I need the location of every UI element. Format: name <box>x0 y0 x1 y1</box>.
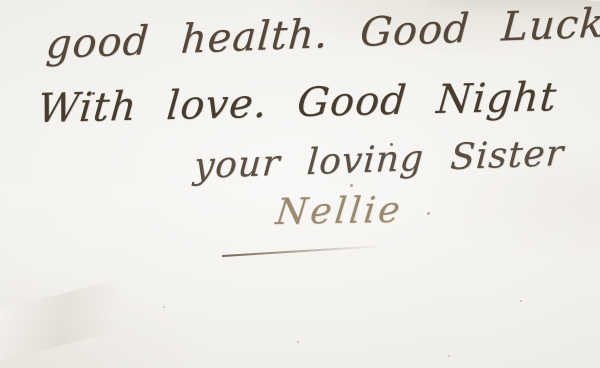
underline-flourish <box>222 245 382 257</box>
signature: Nellie <box>274 190 405 233</box>
handwriting-line-1: good health. Good Luck <box>44 0 600 68</box>
paper-crease-bottom-left <box>0 279 134 364</box>
paper-speck <box>448 355 450 357</box>
handwriting-line-2: With love. Good Night <box>36 74 559 132</box>
ink-dot <box>427 212 430 215</box>
paper-speck <box>297 341 299 343</box>
handwritten-note-photo: good health. Good Luck With love. Good N… <box>0 0 600 368</box>
handwriting-line-3: your loving Sister <box>193 133 566 187</box>
paper-speck <box>163 306 165 308</box>
ink-dot <box>390 143 393 146</box>
ink-dot <box>350 184 353 187</box>
paper-speck <box>520 300 522 302</box>
ink-dot <box>92 92 95 95</box>
